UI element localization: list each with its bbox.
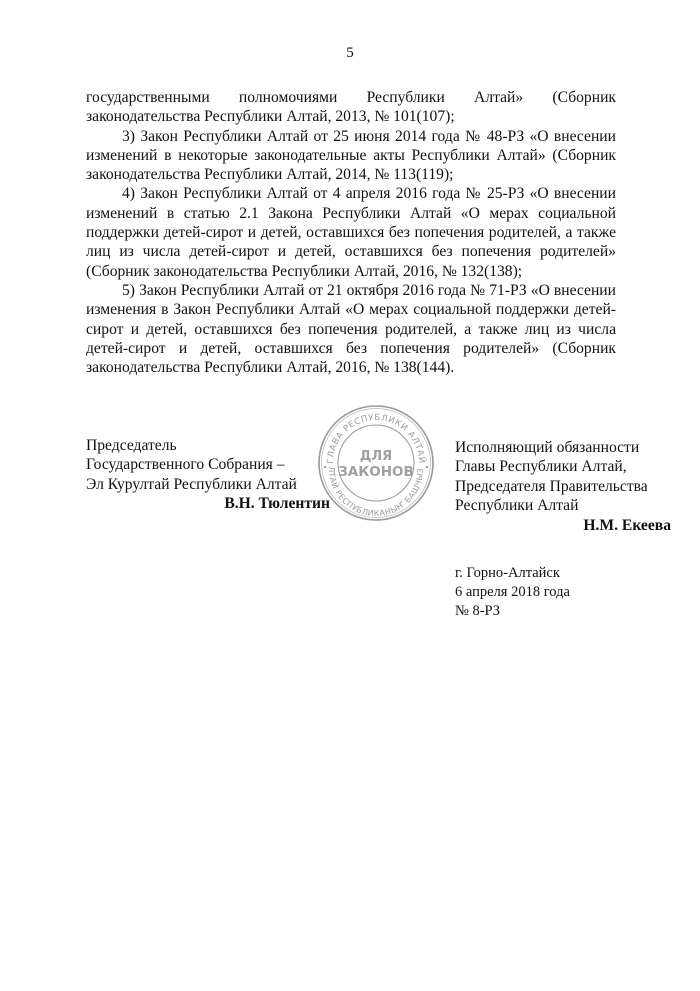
right-title-line: Исполняющий обязанности [455,438,685,457]
body-line: изменения в Закон Республики Алтай «О ме… [86,300,616,319]
body-line: (Сборник законодательства Республики Алт… [86,262,616,281]
body-line: сирот и детей, оставшихся без попечения … [86,320,616,339]
right-title-line: Главы Республики Алтай, [455,457,685,476]
place: г. Горно-Алтайск [455,564,570,583]
body-line: 5) Закон Республики Алтай от 21 октября … [86,281,616,300]
body-line: законодательства Республики Алтай, 2016,… [86,358,616,377]
right-title-line: Председателя Правительства [455,477,685,496]
body-line: государственными полномочиями Республики… [86,88,616,107]
body-line: 4) Закон Республики Алтай от 4 апреля 20… [86,184,616,203]
body-line: 3) Закон Республики Алтай от 25 июня 201… [86,127,616,146]
law-number: № 8-РЗ [455,602,570,621]
right-signatory-name: Н.М. Екеева [455,516,685,535]
official-stamp-icon: ГЛАВА РЕСПУБЛИКИ АЛТАЙ АЛТАЙ РЕСПУБЛИКАН… [316,403,436,523]
body-line: законодательства Республики Алтай, 2013,… [86,107,616,126]
body-line: поддержки детей-сирот и детей, оставшихс… [86,223,616,242]
svg-text:ДЛЯ: ДЛЯ [360,449,392,464]
body-line: детей-сирот и детей, оставшихся без попе… [86,339,616,358]
left-title-line: Председатель [86,436,330,455]
left-title-line: Эл Курултай Республики Алтай [86,475,330,494]
right-title-line: Республики Алтай [455,496,685,515]
law-list-body: государственными полномочиями Республики… [86,88,616,377]
page-number: 5 [0,44,700,62]
date: 6 апреля 2018 года [455,583,570,602]
left-signatory-name: В.Н. Тюлентин [86,494,330,513]
signature-right: Исполняющий обязанности Главы Республики… [455,438,685,535]
place-date-block: г. Горно-Алтайск 6 апреля 2018 года № 8-… [455,564,570,621]
body-line: изменений в некоторые законодательные ак… [86,146,616,165]
body-line: изменений в статью 2.1 Закона Республики… [86,204,616,223]
left-title-line: Государственного Собрания – [86,455,330,474]
svg-text:ЗАКОНОВ: ЗАКОНОВ [338,464,414,480]
body-line: законодательства Республики Алтай, 2014,… [86,165,616,184]
signature-left: Председатель Государственного Собрания –… [86,436,330,513]
body-line: лиц из числа детей-сирот и детей, оставш… [86,242,616,261]
